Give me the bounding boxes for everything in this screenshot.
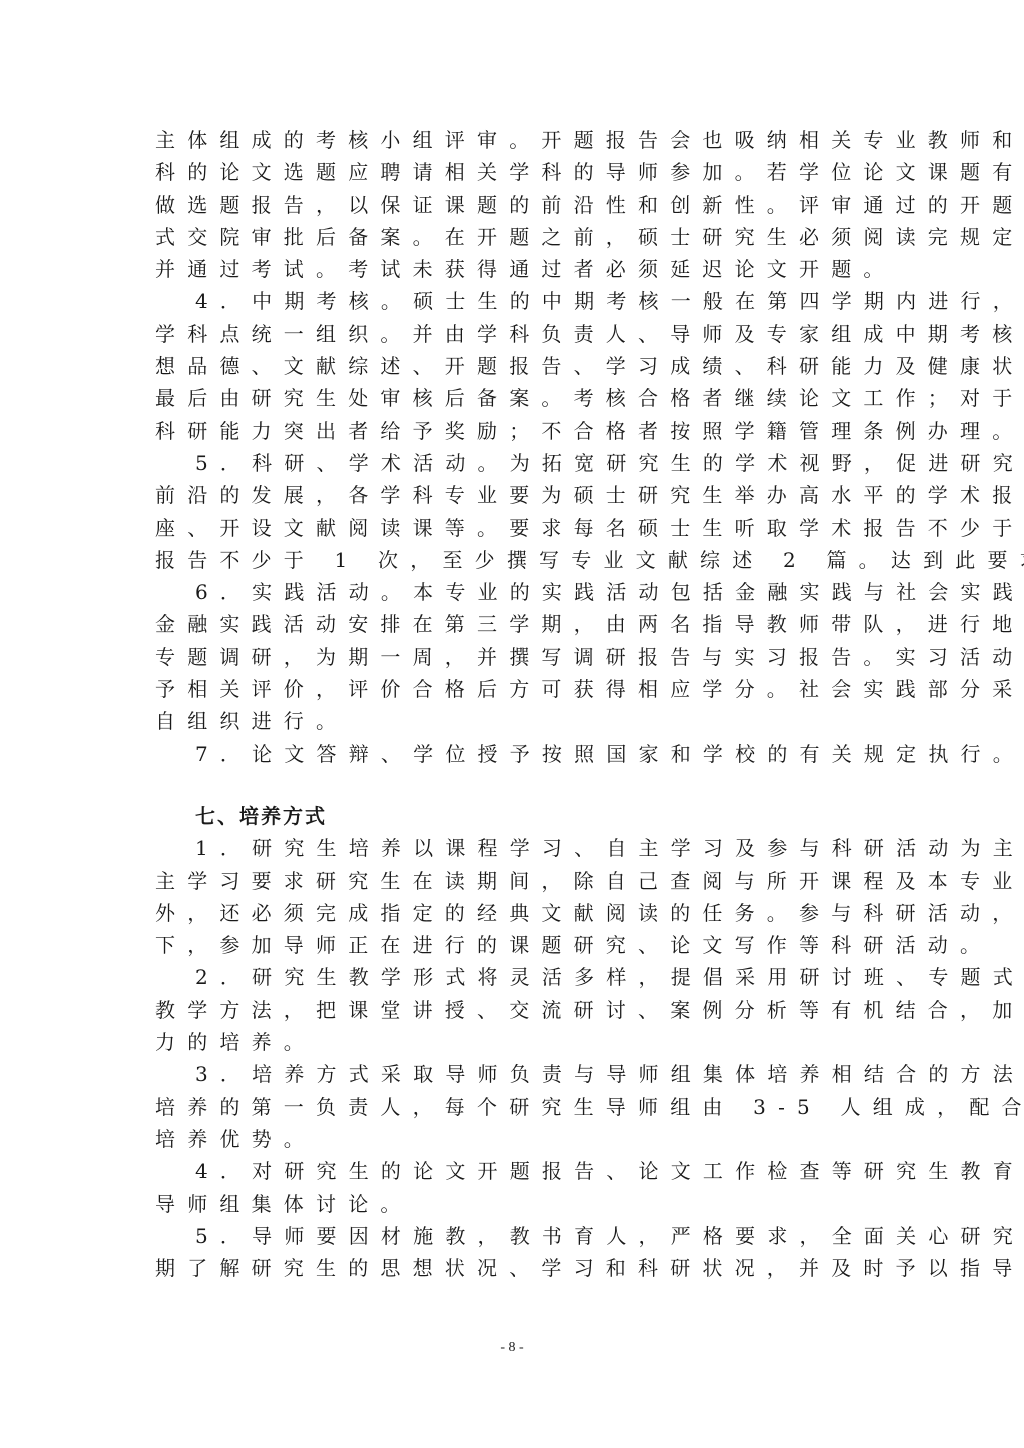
paragraph-continuation: 主体组成的考核小组评审。开题报告会也吸纳相关专业教师和研究生参加，跨学 科的论文… [155, 124, 871, 285]
document-page: 主体组成的考核小组评审。开题报告会也吸纳相关专业教师和研究生参加，跨学 科的论文… [155, 124, 871, 1284]
text-line: 式交院审批后备案。在开题之前，硕士研究生必须阅读完规定的著作和专业文献， [155, 221, 871, 253]
text-line: 最后由研究生处审核后备案。考核合格者继续论文工作；对于学习成绩特别优秀、 [155, 382, 871, 414]
paragraph-training-4: 4．对研究生的论文开题报告、论文工作检查等研究生教育的重要环节，由 导师组集体讨… [155, 1155, 871, 1220]
text-line: 培养优势。 [155, 1123, 871, 1155]
text-line: 5．导师要因材施教，教书育人，严格要求，全面关心研究生的成长，要定 [155, 1220, 871, 1252]
text-line: 6．实践活动。本专业的实践活动包括金融实践与社会实践两部分。其中， [155, 576, 871, 608]
text-line: 自组织进行。 [155, 705, 871, 737]
text-line: 前沿的发展，各学科专业要为硕士研究生举办高水平的学术报告、开展学科前沿讲 [155, 479, 871, 511]
text-line: 力的培养。 [155, 1026, 871, 1058]
text-line: 并通过考试。考试未获得通过者必须延迟论文开题。 [155, 253, 871, 285]
text-line: 做选题报告，以保证课题的前沿性和创新性。评审通过的开题报告，应以书面形 [155, 189, 871, 221]
section-heading: 七、培养方式 [155, 800, 871, 832]
paragraph-academic-activities: 5．科研、学术活动。为拓宽研究生的学术视野，促进研究生关注和了解学科 前沿的发展… [155, 447, 871, 576]
text-line: 主体组成的考核小组评审。开题报告会也吸纳相关专业教师和研究生参加，跨学 [155, 124, 871, 156]
paragraph-defense-degree: 7．论文答辩、学位授予按照国家和学校的有关规定执行。 [155, 738, 871, 770]
text-line: 期了解研究生的思想状况、学习和科研状况，并及时予以指导帮助。 [155, 1252, 871, 1284]
section-gap [155, 770, 871, 800]
text-line: 1．研究生培养以课程学习、自主学习及参与科研活动为主要培养方式。自 [155, 832, 871, 864]
text-line: 想品德、文献综述、开题报告、学习成绩、科研能力及健康状况进行全面考核。 [155, 350, 871, 382]
text-line: 学科点统一组织。并由学科负责人、导师及专家组成中期考核小组，对研究生思 [155, 318, 871, 350]
paragraph-training-1: 1．研究生培养以课程学习、自主学习及参与科研活动为主要培养方式。自 主学习要求研… [155, 832, 871, 961]
text-line: 科的论文选题应聘请相关学科的导师参加。若学位论文课题有重大变动，应重新 [155, 156, 871, 188]
text-line: 3．培养方式采取导师负责与导师组集体培养相结合的方法。导师是研究生 [155, 1058, 871, 1090]
text-line: 下，参加导师正在进行的课题研究、论文写作等科研活动。 [155, 929, 871, 961]
text-line: 外，还必须完成指定的经典文献阅读的任务。参与科研活动，主要是在导师指导 [155, 897, 871, 929]
paragraph-practice-activities: 6．实践活动。本专业的实践活动包括金融实践与社会实践两部分。其中， 金融实践活动… [155, 576, 871, 737]
text-line: 科研能力突出者给予奖励；不合格者按照学籍管理条例办理。 [155, 415, 871, 447]
text-line: 2．研究生教学形式将灵活多样，提倡采用研讨班、专题式、启发式等多种 [155, 961, 871, 993]
paragraph-training-2: 2．研究生教学形式将灵活多样，提倡采用研讨班、专题式、启发式等多种 教学方法，把… [155, 961, 871, 1058]
text-line: 4．中期考核。硕士生的中期考核一般在第四学期内进行，由硕士生所在的 [155, 285, 871, 317]
text-line: 教学方法，把课堂讲授、交流研讨、案例分析等有机结合，加大对研究生创新能 [155, 994, 871, 1026]
text-line: 导师组集体讨论。 [155, 1188, 871, 1220]
page-number: - 8 - [0, 1340, 1024, 1356]
text-line: 座、开设文献阅读课等。要求每名硕士生听取学术报告不少于 10 次，公开做学术 [155, 512, 871, 544]
text-line: 7．论文答辩、学位授予按照国家和学校的有关规定执行。 [155, 738, 871, 770]
paragraph-training-5: 5．导师要因材施教，教书育人，严格要求，全面关心研究生的成长，要定 期了解研究生… [155, 1220, 871, 1285]
text-line: 专题调研，为期一周，并撰写调研报告与实习报告。实习活动结束，指导教师给 [155, 641, 871, 673]
text-line: 报告不少于 1 次，至少撰写专业文献综述 2 篇。达到此要求方可获得相应学分。 [155, 544, 871, 576]
text-line: 主学习要求研究生在读期间，除自己查阅与所开课程及本专业相关的参考资料 [155, 865, 871, 897]
text-line: 5．科研、学术活动。为拓宽研究生的学术视野，促进研究生关注和了解学科 [155, 447, 871, 479]
paragraph-training-3: 3．培养方式采取导师负责与导师组集体培养相结合的方法。导师是研究生 培养的第一负… [155, 1058, 871, 1155]
paragraph-midterm-assessment: 4．中期考核。硕士生的中期考核一般在第四学期内进行，由硕士生所在的 学科点统一组… [155, 285, 871, 446]
text-line: 培养的第一负责人，每个研究生导师组由 3-5 人组成，配合导师，充分发挥集体 [155, 1091, 871, 1123]
text-line: 金融实践活动安排在第三学期，由两名指导教师带队，进行地方经济发展问题的 [155, 608, 871, 640]
text-line: 4．对研究生的论文开题报告、论文工作检查等研究生教育的重要环节，由 [155, 1155, 871, 1187]
text-line: 予相关评价，评价合格后方可获得相应学分。社会实践部分采用学生自选主题与 [155, 673, 871, 705]
